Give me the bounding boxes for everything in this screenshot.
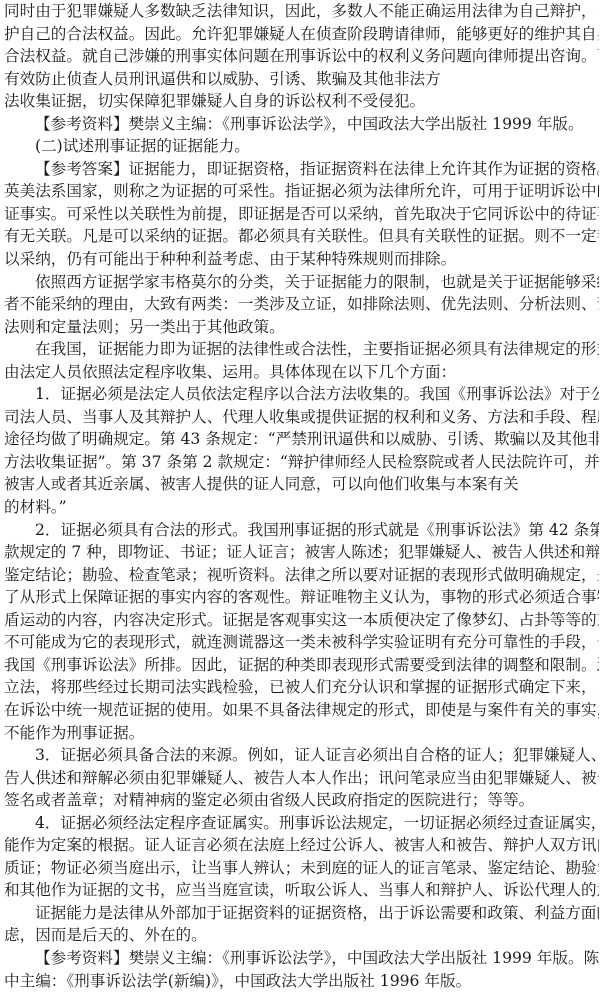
text-line: 司法人员、当事人及其辩护人、代理人收集或提供证据的权利和义务、方法和手段、程序和 [4, 406, 599, 429]
text-line: 和其他作为证据的文书，应当当庭宣读，听取公诉人、当事人和辩护人、诉讼代理人的意见… [4, 879, 599, 902]
text-line: 【参考资料】樊崇义主编：《刑事诉讼法学》，中国政法大学出版社 1999 年版。陈… [4, 947, 599, 970]
text-line: 中主编：《刑事诉讼法学(新编)》，中国政法大学出版社 1996 年版。 [4, 970, 599, 993]
text-line: (二)试述刑事证据的证据能力。 [4, 135, 599, 158]
text-line: 质证；物证必须当庭出示，让当事人辨认；未到庭的证人的证言笔录、鉴定结论、勘验笔录 [4, 857, 599, 880]
text-line: 【参考答案】证据能力，即证据资格，指证据资料在法律上允许其作为证据的资格。在 [4, 158, 599, 181]
text-line: 英美法系国家，则称之为证据的可采性。指证据必须为法律所允许，可用于证明诉讼中的待 [4, 180, 599, 203]
text-line: 立法，将那些经过长期司法实践检验，已被人们充分认识和掌握的证据形式确定下来，以便 [4, 676, 599, 699]
text-line: 被害人或者其近亲属、被害人提供的证人同意，可以向他们收集与本案有关 [4, 473, 599, 496]
text-line: 1．证据必须是法定人员依法定程序以合法方法收集的。我国《刑事诉讼法》对于公安 [4, 383, 599, 406]
text-line: 能作为定案的根据。证人证言必须在法庭上经过公诉人、被害人和被告、辩护人双方讯问、 [4, 834, 599, 857]
text-line: 法则和定量法则；另一类出于其他政策。 [4, 316, 599, 339]
text-line: 鉴定结论；勘验、检查笔录；视听资料。法律之所以要对证据的表现形式做明确规定，是为 [4, 564, 599, 587]
text-line: 3．证据必须具备合法的来源。例如，证人证言必须出自合格的证人；犯罪嫌疑人、被 [4, 744, 599, 767]
text-line: 同时由于犯罪嫌疑人多数缺乏法律知识，因此，多数人不能正确运用法律为自己辩护，以维 [4, 0, 599, 23]
text-line: 合法权益。就自己涉嫌的刑事实体问题在刑事诉讼中的权利义务问题向律师提出咨询。可以 [4, 45, 599, 68]
text-line: 款规定的 7 种，即物证、书证；证人证言；被害人陈述；犯罪嫌疑人、被告人供述和辩… [4, 541, 599, 564]
text-line: 护自己的合法权益。因此。允许犯罪嫌疑人在侦查阶段聘请律师，能够更好的维护其自身的 [4, 23, 599, 46]
text-line: 途径均做了明确规定。第 43 条规定：“严禁刑讯逼供和以威胁、引诱、欺骗以及其他… [4, 428, 599, 451]
text-line: 在我国，证据能力即为证据的法律性或合法性，主要指证据必须具有法律规定的形式和 [4, 338, 599, 361]
text-line: 签名或者盖章；对精神病的鉴定必须由省级人民政府指定的医院进行；等等。 [4, 789, 599, 812]
text-line: 证据能力是法律从外部加于证据资料的证据资格，出于诉讼需要和政策、利益方面的考 [4, 902, 599, 925]
text-line: 了从形式上保障证据的事实内容的客观性。辩证唯物主义认为，事物的形式必须适合事物矛 [4, 586, 599, 609]
text-line: 不能作为刑事证据。 [4, 722, 599, 745]
text-line: 告人供述和辩解必须由犯罪嫌疑人、被告人本人作出；讯问笔录应当由犯罪嫌疑人、被告人 [4, 767, 599, 790]
text-line: 不可能成为它的表现形式，就连测谎器这一类未被科学实验证明有充分可靠性的手段，也被 [4, 631, 599, 654]
text-line: 有无关联。凡是可以采纳的证据。都必须具有关联性。但具有关联性的证据。则不一定都可 [4, 225, 599, 248]
text-line: 4．证据必须经法定程序查证属实。刑事诉讼法规定，一切证据必须经过查证属实，才 [4, 812, 599, 835]
text-line: 在诉讼中统一规范证据的使用。如果不具备法律规定的形式，即使是与案件有关的事实，也 [4, 699, 599, 722]
text-line: 有效防止侦查人员刑讯逼供和以威胁、引诱、欺骗及其他非法方 [4, 68, 599, 91]
text-line: 方法收集证据”。第 37 条第 2 款规定：“辩护律师经人民检察院或者人民法院许… [4, 451, 599, 474]
text-line: 证事实。可采性以关联性为前提，即证据是否可以采纳，首先取决于它同诉讼中的待证事实 [4, 203, 599, 226]
text-line: 虑，因而是后天的、外在的。 [4, 924, 599, 947]
document-page: 同时由于犯罪嫌疑人多数缺乏法律知识，因此，多数人不能正确运用法律为自己辩护，以维… [0, 0, 601, 994]
text-line: 盾运动的内容，内容决定形式。证据是客观事实这一本质便决定了像梦幻、占卦等等的东西 [4, 609, 599, 632]
text-line: 以采纳，仍有可能出于种种利益考虑、由于某种特殊规则而排除。 [4, 248, 599, 271]
text-line: 依照西方证据学家韦格莫尔的分类，关于证据能力的限制，也就是关于证据能够采纳或 [4, 271, 599, 294]
text-line: 者不能采纳的理由，大致有两类：一类涉及立证，如排除法则、优先法则、分析法则、预防 [4, 293, 599, 316]
text-line: 我国《刑事诉讼法》所排。因此，证据的种类即表现形式需要受到法律的调整和限制。通过 [4, 654, 599, 677]
text-line: 【参考资料】樊崇义主编：《刑事诉讼法学》，中国政法大学出版社 1999 年版。 [4, 113, 599, 136]
text-line: 的材料。” [4, 496, 599, 519]
text-line: 由法定人员依照法定程序收集、运用。具体体现在以下几个方面： [4, 361, 599, 384]
text-line: 法收集证据，切实保障犯罪嫌疑人自身的诉讼权利不受侵犯。 [4, 90, 599, 113]
text-line: 2．证据必须具有合法的形式。我国刑事证据的形式就是《刑事诉讼法》第 42 条第 … [4, 519, 599, 542]
